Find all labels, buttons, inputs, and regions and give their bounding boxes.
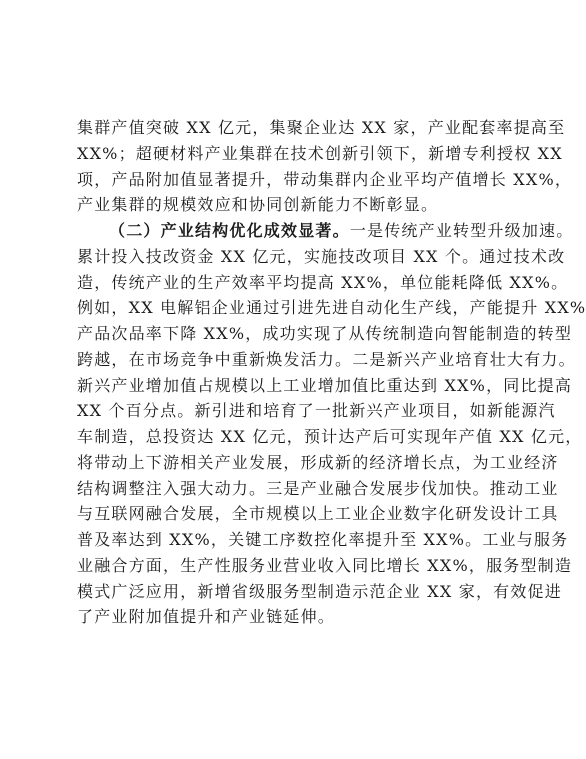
text-line: 车制造，总投资达 XX 亿元，预计达产后可实现年产值 XX 亿元， [77,424,507,450]
text-line: XX 个百分点。新引进和培育了一批新兴产业项目，如新能源汽 [77,398,507,424]
text-line: 与互联网融合发展，全市规模以上工业企业数字化研发设计工具 [77,501,507,527]
text-line: 项，产品附加值显著提升，带动集群内企业平均产值增长 XX%， [77,167,507,193]
text-line: 集群产值突破 XX 亿元，集聚企业达 XX 家，产业配套率提高至 [77,115,507,141]
text-line: XX%；超硬材料产业集群在技术创新引领下，新增专利授权 XX [77,141,507,167]
text-line: 产业集群的规模效应和协同创新能力不断彰显。 [77,192,507,218]
text-line: 业融合方面，生产性服务业营业收入同比增长 XX%，服务型制造 [77,553,507,579]
text-line-continuation: 一是传统产业转型升级加速。 [350,221,574,240]
section-heading-line: （二）产业结构优化成效显著。一是传统产业转型升级加速。 [77,218,507,244]
text-line: 跨越，在市场竞争中重新焕发活力。二是新兴产业培育壮大有力。 [77,347,507,373]
text-line: 了产业附加值提升和产业链延伸。 [77,604,507,630]
text-line: 例如，XX 电解铝企业通过引进先进自动化生产线，产能提升 XX%， [77,295,507,321]
section-heading: （二）产业结构优化成效显著。 [109,221,350,240]
text-line: 造，传统产业的生产效率平均提高 XX%，单位能耗降低 XX%。 [77,270,507,296]
text-line: 累计投入技改资金 XX 亿元，实施技改项目 XX 个。通过技术改 [77,244,507,270]
text-line: 将带动上下游相关产业发展，形成新的经济增长点，为工业经济 [77,450,507,476]
text-line: 新兴产业增加值占规模以上工业增加值比重达到 XX%，同比提高 [77,373,507,399]
text-line: 结构调整注入强大动力。三是产业融合发展步伐加快。推动工业 [77,476,507,502]
document-page: 集群产值突破 XX 亿元，集聚企业达 XX 家，产业配套率提高至 XX%；超硬材… [0,0,586,759]
text-line: 产品次品率下降 XX%，成功实现了从传统制造向智能制造的转型 [77,321,507,347]
body-text: 集群产值突破 XX 亿元，集聚企业达 XX 家，产业配套率提高至 XX%；超硬材… [77,115,507,630]
text-line: 普及率达到 XX%，关键工序数控化率提升至 XX%。工业与服务 [77,527,507,553]
text-line: 模式广泛应用，新增省级服务型制造示范企业 XX 家，有效促进 [77,579,507,605]
